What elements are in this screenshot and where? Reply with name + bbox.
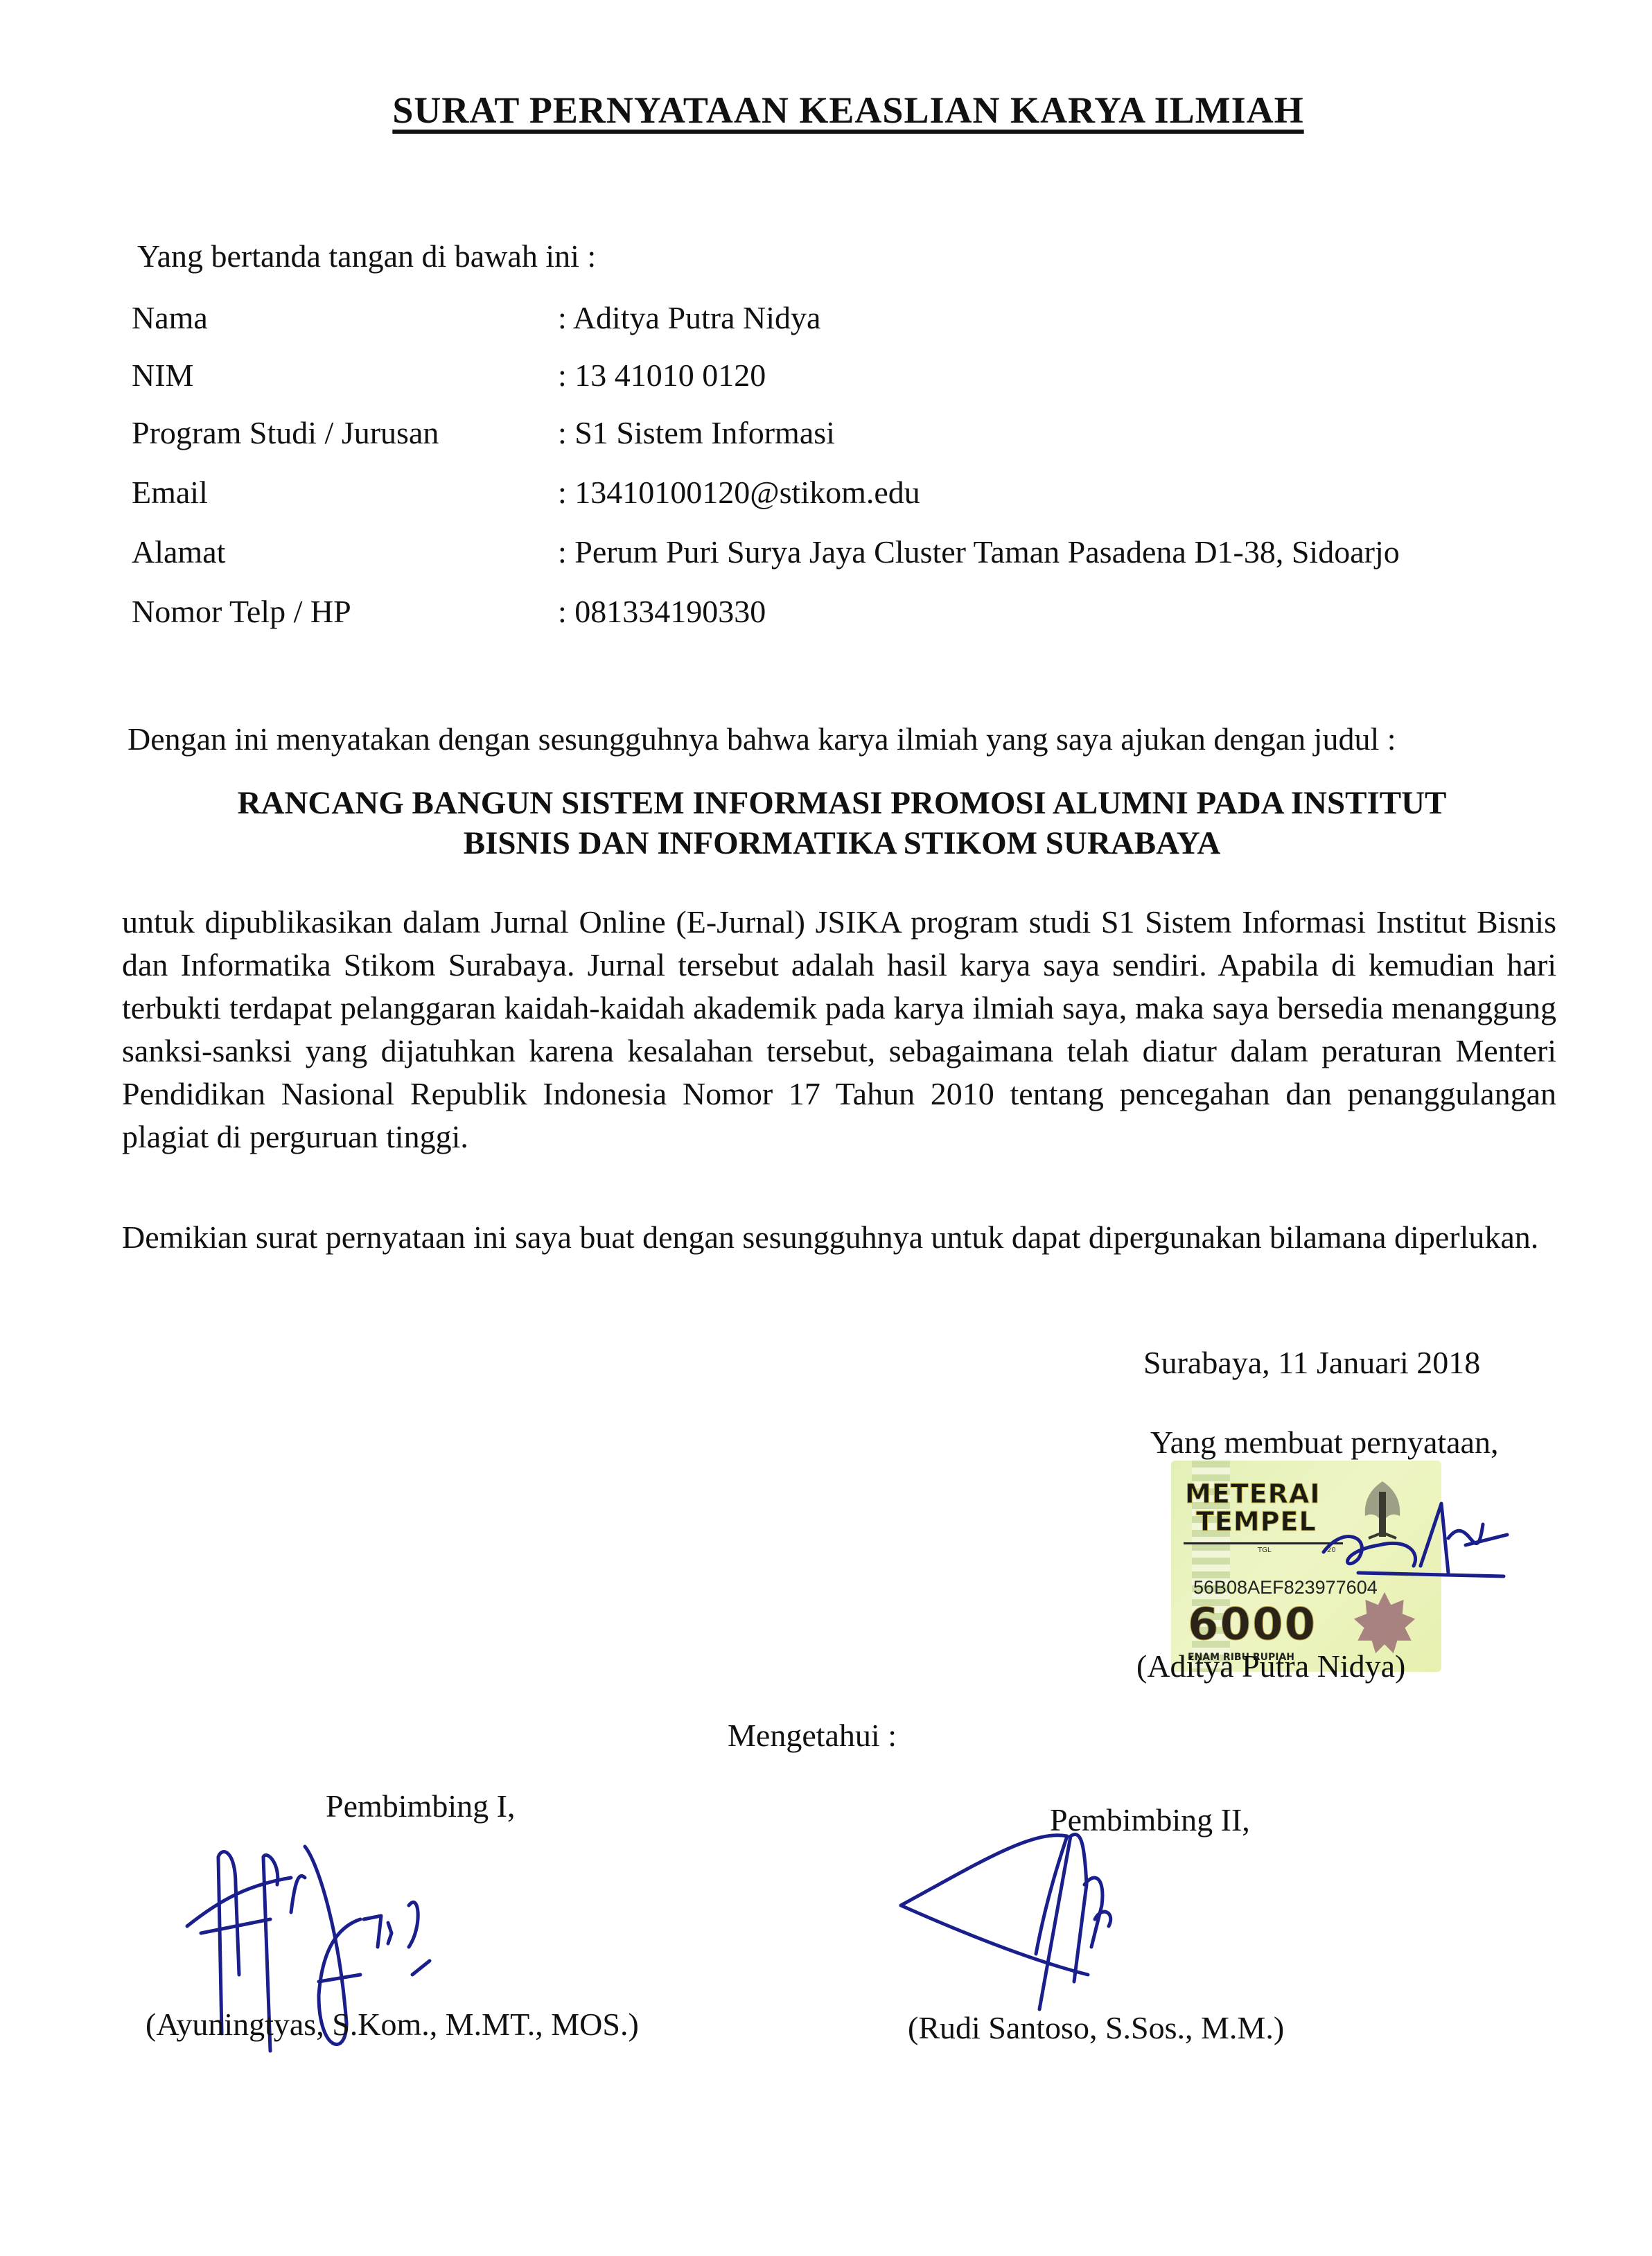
advisor-2-name: (Rudi Santoso, S.Sos., M.M.) bbox=[908, 2009, 1284, 2046]
info-row-email: Email : 13410100120@stikom.edu bbox=[132, 474, 1518, 515]
place-date: Surabaya, 11 Januari 2018 bbox=[1143, 1344, 1480, 1381]
thesis-title: RANCANG BANGUN SISTEM INFORMASI PROMOSI … bbox=[132, 783, 1552, 863]
info-label: Nama bbox=[132, 299, 208, 336]
closing-text: Demikian surat pernyataan ini saya buat … bbox=[122, 1216, 1556, 1259]
info-label: Program Studi / Jurusan bbox=[132, 414, 439, 451]
document-title: SURAT PERNYATAAN KEASLIAN KARYA ILMIAH bbox=[349, 89, 1347, 132]
info-label: Email bbox=[132, 474, 208, 511]
info-row-nim: NIM : 13 41010 0120 bbox=[132, 357, 1518, 398]
info-value: : Perum Puri Surya Jaya Cluster Taman Pa… bbox=[558, 534, 1400, 570]
info-value: : Aditya Putra Nidya bbox=[558, 299, 820, 336]
stamp-line2: TEMPEL bbox=[1196, 1506, 1317, 1537]
maker-label: Yang membuat pernyataan, bbox=[1150, 1424, 1498, 1461]
acknowledge-label: Mengetahui : bbox=[728, 1717, 897, 1754]
thesis-title-line: RANCANG BANGUN SISTEM INFORMASI PROMOSI … bbox=[132, 783, 1552, 823]
stamp-tgl: TGL bbox=[1258, 1546, 1271, 1554]
info-label: NIM bbox=[132, 357, 193, 394]
info-value: : 13410100120@stikom.edu bbox=[558, 474, 920, 511]
maker-signature bbox=[1317, 1497, 1511, 1594]
maker-name: (Aditya Putra Nidya) bbox=[1136, 1648, 1405, 1684]
info-value: : 13 41010 0120 bbox=[558, 357, 766, 394]
hologram-star-icon bbox=[1353, 1591, 1416, 1655]
declaration-text: Dengan ini menyatakan dengan sesungguhny… bbox=[128, 721, 1548, 757]
statement-letter-page: SURAT PERNYATAAN KEASLIAN KARYA ILMIAH Y… bbox=[0, 0, 1652, 2256]
info-label: Alamat bbox=[132, 534, 225, 570]
info-value: : S1 Sistem Informasi bbox=[558, 414, 835, 451]
stamp-line1: METERAI bbox=[1185, 1479, 1320, 1509]
intro-text: Yang bertanda tangan di bawah ini : bbox=[137, 237, 596, 275]
advisor-1-role: Pembimbing I, bbox=[326, 1788, 515, 1824]
info-value: : 081334190330 bbox=[558, 593, 766, 630]
stamp-value: 6000 bbox=[1188, 1599, 1317, 1650]
advisor-1-name: (Ayuningtyas, S.Kom., M.MT., MOS.) bbox=[146, 2006, 639, 2043]
advisor-2-signature bbox=[894, 1829, 1130, 2030]
info-row-address: Alamat : Perum Puri Surya Jaya Cluster T… bbox=[132, 534, 1518, 575]
statement-body: untuk dipublikasikan dalam Jurnal Online… bbox=[122, 901, 1556, 1158]
thesis-title-line: BISNIS DAN INFORMATIKA STIKOM SURABAYA bbox=[132, 823, 1552, 863]
info-row-phone: Nomor Telp / HP : 081334190330 bbox=[132, 593, 1518, 635]
info-row-program: Program Studi / Jurusan : S1 Sistem Info… bbox=[132, 414, 1518, 456]
info-label: Nomor Telp / HP bbox=[132, 593, 351, 630]
info-row-name: Nama : Aditya Putra Nidya bbox=[132, 299, 1518, 341]
